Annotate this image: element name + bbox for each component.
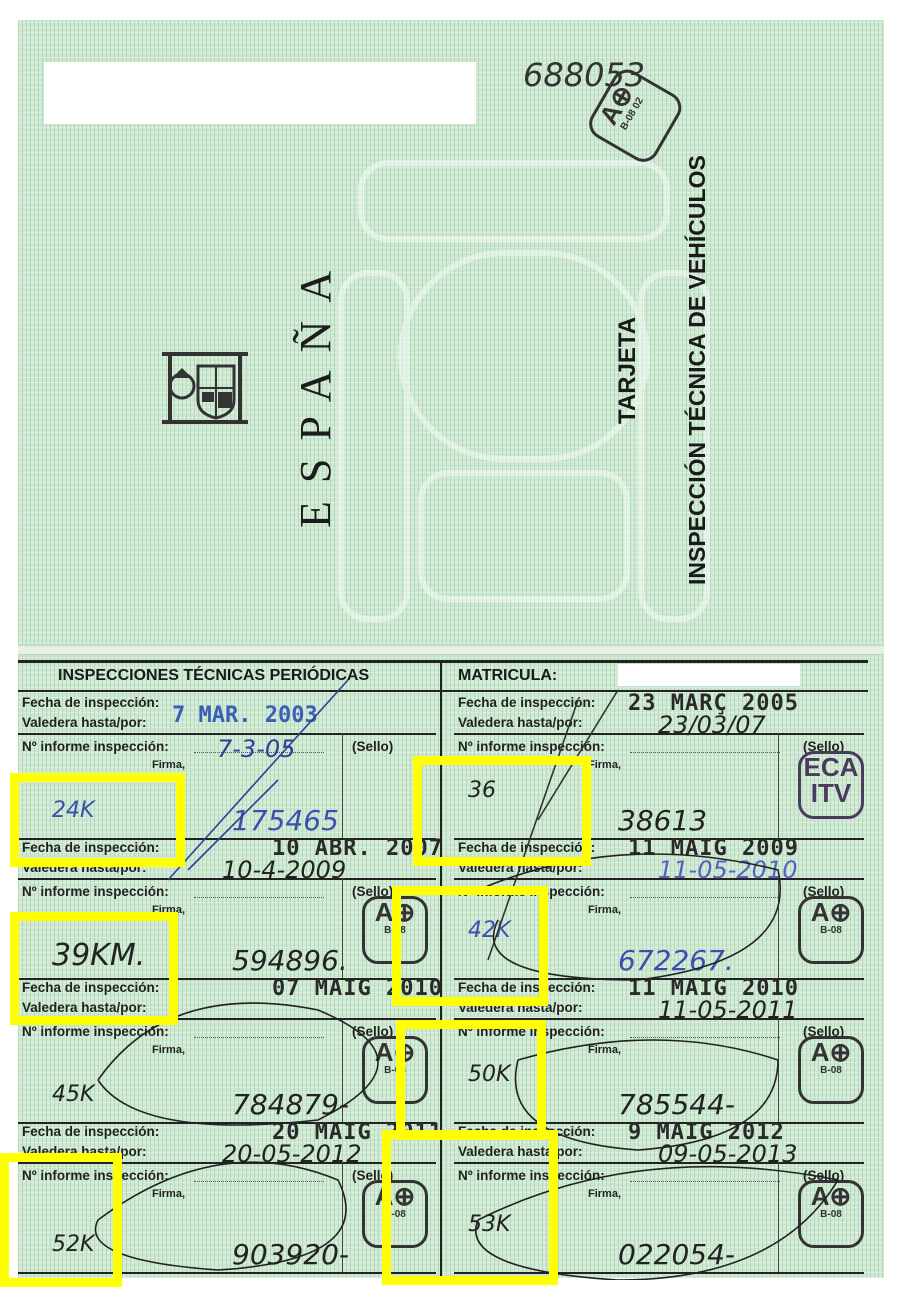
valedera-value: 11-05-2010 [658,856,797,884]
firma-label: Firma, [588,1188,621,1200]
report-number: 175465 [232,804,339,837]
informe-dotted-line [630,751,780,753]
valedera-value: 10-4-2009 [222,856,346,884]
left-header: INSPECCIONES TÉCNICAS PERIÓDICAS [58,667,369,685]
card-word: TARJETA [614,300,654,440]
inspection-stamp: A⊕B-08 [798,1036,864,1104]
informe-label: Nº informe inspección: [22,1024,169,1039]
fecha-label: Fecha de inspección: [458,695,595,710]
firma-label: Firma, [588,1044,621,1056]
firma-label: Firma, [152,1044,185,1056]
km-note-highlight-1 [10,773,185,867]
card-fold [18,645,884,655]
fecha-label: Fecha de inspección: [22,695,159,710]
firma-label: Firma, [588,759,621,771]
country-name: ESPAÑA [290,240,350,540]
redacted-owner-field [44,62,476,124]
informe-label: Nº informe inspección: [22,739,169,754]
firma-label: Firma, [152,1188,185,1200]
right-header: MATRICULA: [458,667,557,685]
report-number: 022054- [618,1238,735,1271]
sello-divider [342,733,343,838]
km-note-highlight-5 [396,1020,546,1140]
informe-dotted-line [630,896,780,898]
valedera-value: 23/03/07 [658,711,766,739]
report-number: 672267. [618,944,734,977]
valedera-label: Valedera hasta/por: [22,715,147,730]
valedera-value: 11-05-2011 [658,996,797,1024]
card-title: INSPECCIÓN TÉCNICA DE VEHÍCULOS [684,140,724,600]
sello-divider [778,733,779,838]
valedera-value: 20-05-2012 [222,1140,361,1168]
sello-divider [778,1018,779,1122]
informe-dotted-line [194,896,324,898]
card-cover: ESPAÑA TARJETA INSPECCIÓN TÉCNICA DE VEH… [18,20,884,645]
km-note-highlight-4 [392,886,548,1006]
fecha-label: Fecha de inspección: [22,1124,159,1139]
sello-divider [778,878,779,978]
report-number: 903920- [232,1238,349,1271]
km-note-highlight-7 [382,1130,558,1285]
informe-dotted-line [194,1180,324,1182]
firma-label: Firma, [588,904,621,916]
redacted-plate [618,664,800,686]
report-number: 785544- [618,1088,735,1121]
informe-label: Nº informe inspección: [458,739,605,754]
km-note-highlight-6 [0,1153,122,1287]
valedera-label: Valedera hasta/por: [458,715,583,730]
km-note: 45K [52,1082,94,1107]
valedera-value: 09-05-2013 [658,1140,797,1168]
informe-dotted-line [630,1180,780,1182]
inspection-stamp: A⊕B-08 [798,896,864,964]
km-note-highlight-2 [413,756,591,866]
table-top-border [18,660,868,663]
sello-divider [778,1162,779,1272]
valedera-value: 7 MAR. 2003 [172,703,318,728]
report-number: 38613 [618,804,707,837]
informe-value: 7-3-05 [217,735,295,763]
km-note-highlight-3 [10,912,178,1025]
informe-dotted-line [630,1036,780,1038]
sello-label: (Sello) [352,739,393,754]
firma-label: Firma, [152,759,185,771]
informe-dotted-line [194,1036,324,1038]
inspection-stamp: A⊕B-08 [798,1180,864,1248]
inspection-stamp: ECAITV [798,751,864,819]
report-number: 594896. [232,944,348,977]
informe-label: Nº informe inspección: [22,884,169,899]
spain-coat-of-arms-icon [160,348,250,428]
report-number: 784879- [232,1088,349,1121]
